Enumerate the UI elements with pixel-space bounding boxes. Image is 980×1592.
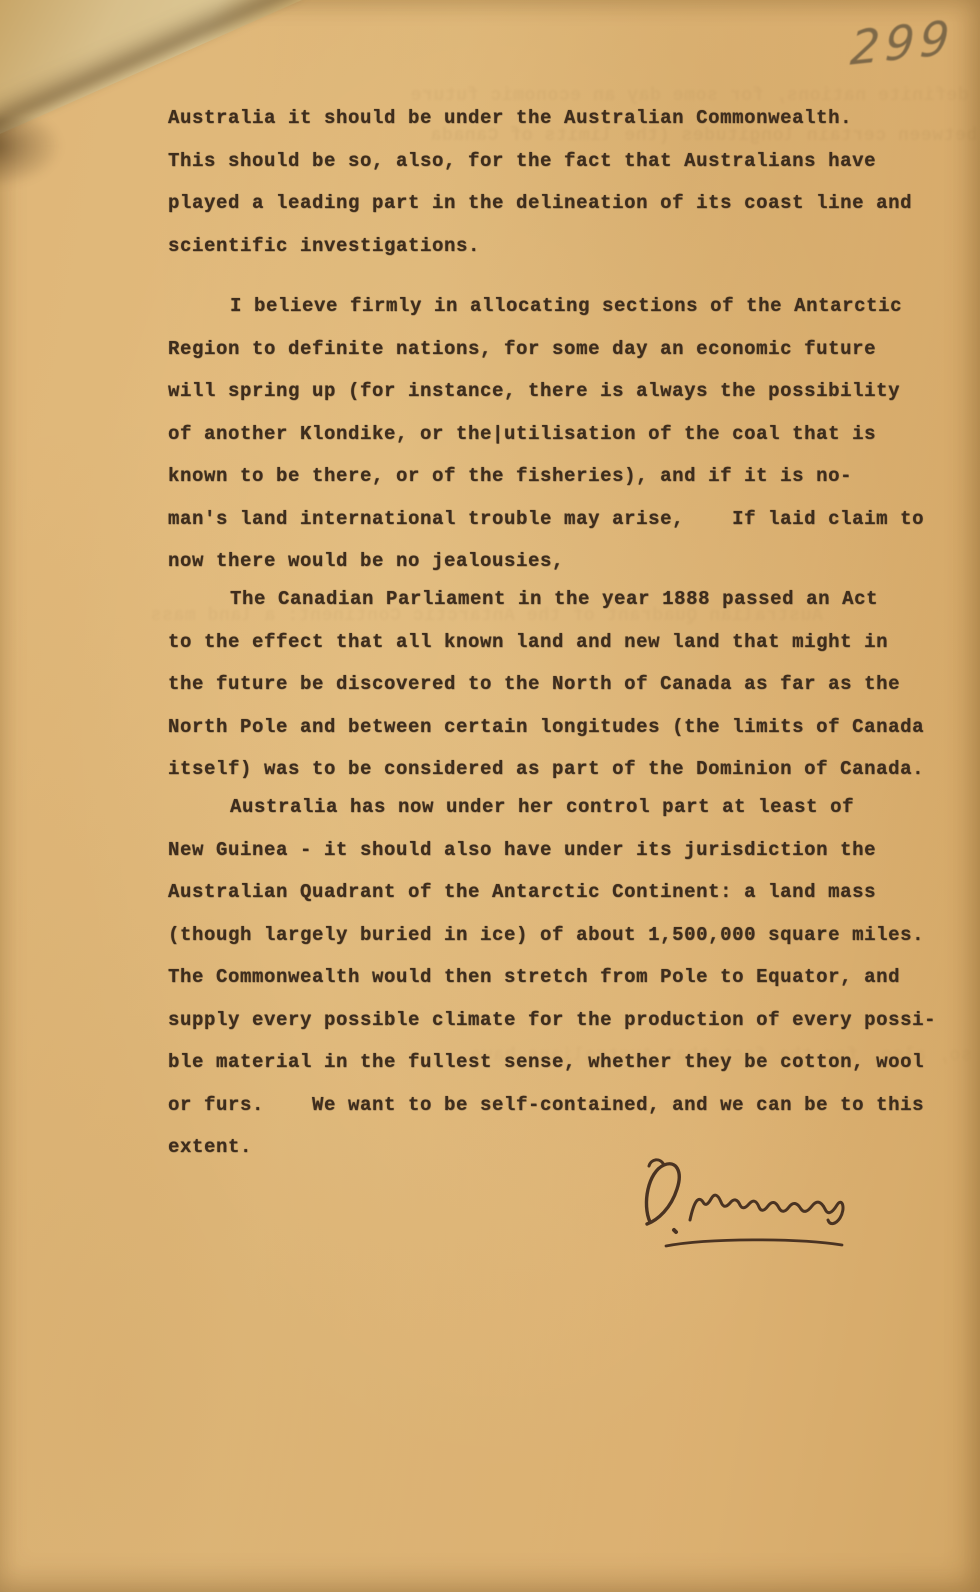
text-line: now there would be no jealousies,: [168, 540, 968, 583]
paragraph: The Canadian Parliament in the year 1888…: [168, 578, 968, 791]
text-line: Region to definite nations, for some day…: [168, 328, 968, 371]
text-line: Australian Quadrant of the Antarctic Con…: [168, 871, 968, 914]
text-line: I believe firmly in allocating sections …: [168, 285, 968, 328]
text-line: The Canadian Parliament in the year 1888…: [168, 578, 968, 621]
text-line: scientific investigations.: [168, 225, 968, 268]
text-line: supply every possible climate for the pr…: [168, 999, 968, 1042]
letter-page: Region to definite nations, for some day…: [0, 0, 980, 1592]
signature-mawson: D. Mawson: [628, 1156, 878, 1266]
text-line: (though largely buried in ice) of about …: [168, 914, 968, 957]
paragraph: I believe firmly in allocating sections …: [168, 285, 968, 583]
text-line: ble material in the fullest sense, wheth…: [168, 1041, 968, 1084]
text-line: Australia has now under her control part…: [168, 786, 968, 829]
paragraph: Australia it should be under the Austral…: [168, 97, 968, 267]
text-line: or furs. We want to be self-contained, a…: [168, 1084, 968, 1127]
text-line: North Pole and between certain longitude…: [168, 706, 968, 749]
signature-ink-strokes: [628, 1156, 878, 1266]
paragraph: Australia has now under her control part…: [168, 786, 968, 1169]
text-line: played a leading part in the delineation…: [168, 182, 968, 225]
text-line: man's land international trouble may ari…: [168, 498, 968, 541]
text-line: to the effect that all known land and ne…: [168, 621, 968, 664]
fold-shadow-deep: [0, 118, 62, 188]
signature-underline: [666, 1240, 842, 1246]
text-line: Australia it should be under the Austral…: [168, 97, 968, 140]
text-line: This should be so, also, for the fact th…: [168, 140, 968, 183]
text-line-with-insertion-mark: of another Klondike, or the|utilisation …: [168, 413, 968, 456]
text-line: itself) was to be considered as part of …: [168, 748, 968, 791]
text-line: the future be discovered to the North of…: [168, 663, 968, 706]
text-line: known to be there, or of the fisheries),…: [168, 455, 968, 498]
page-number-annotation: 299: [849, 10, 956, 77]
text-line: The Commonwealth would then stretch from…: [168, 956, 968, 999]
text-line: New Guinea - it should also have under i…: [168, 829, 968, 872]
text-line: will spring up (for instance, there is a…: [168, 370, 968, 413]
